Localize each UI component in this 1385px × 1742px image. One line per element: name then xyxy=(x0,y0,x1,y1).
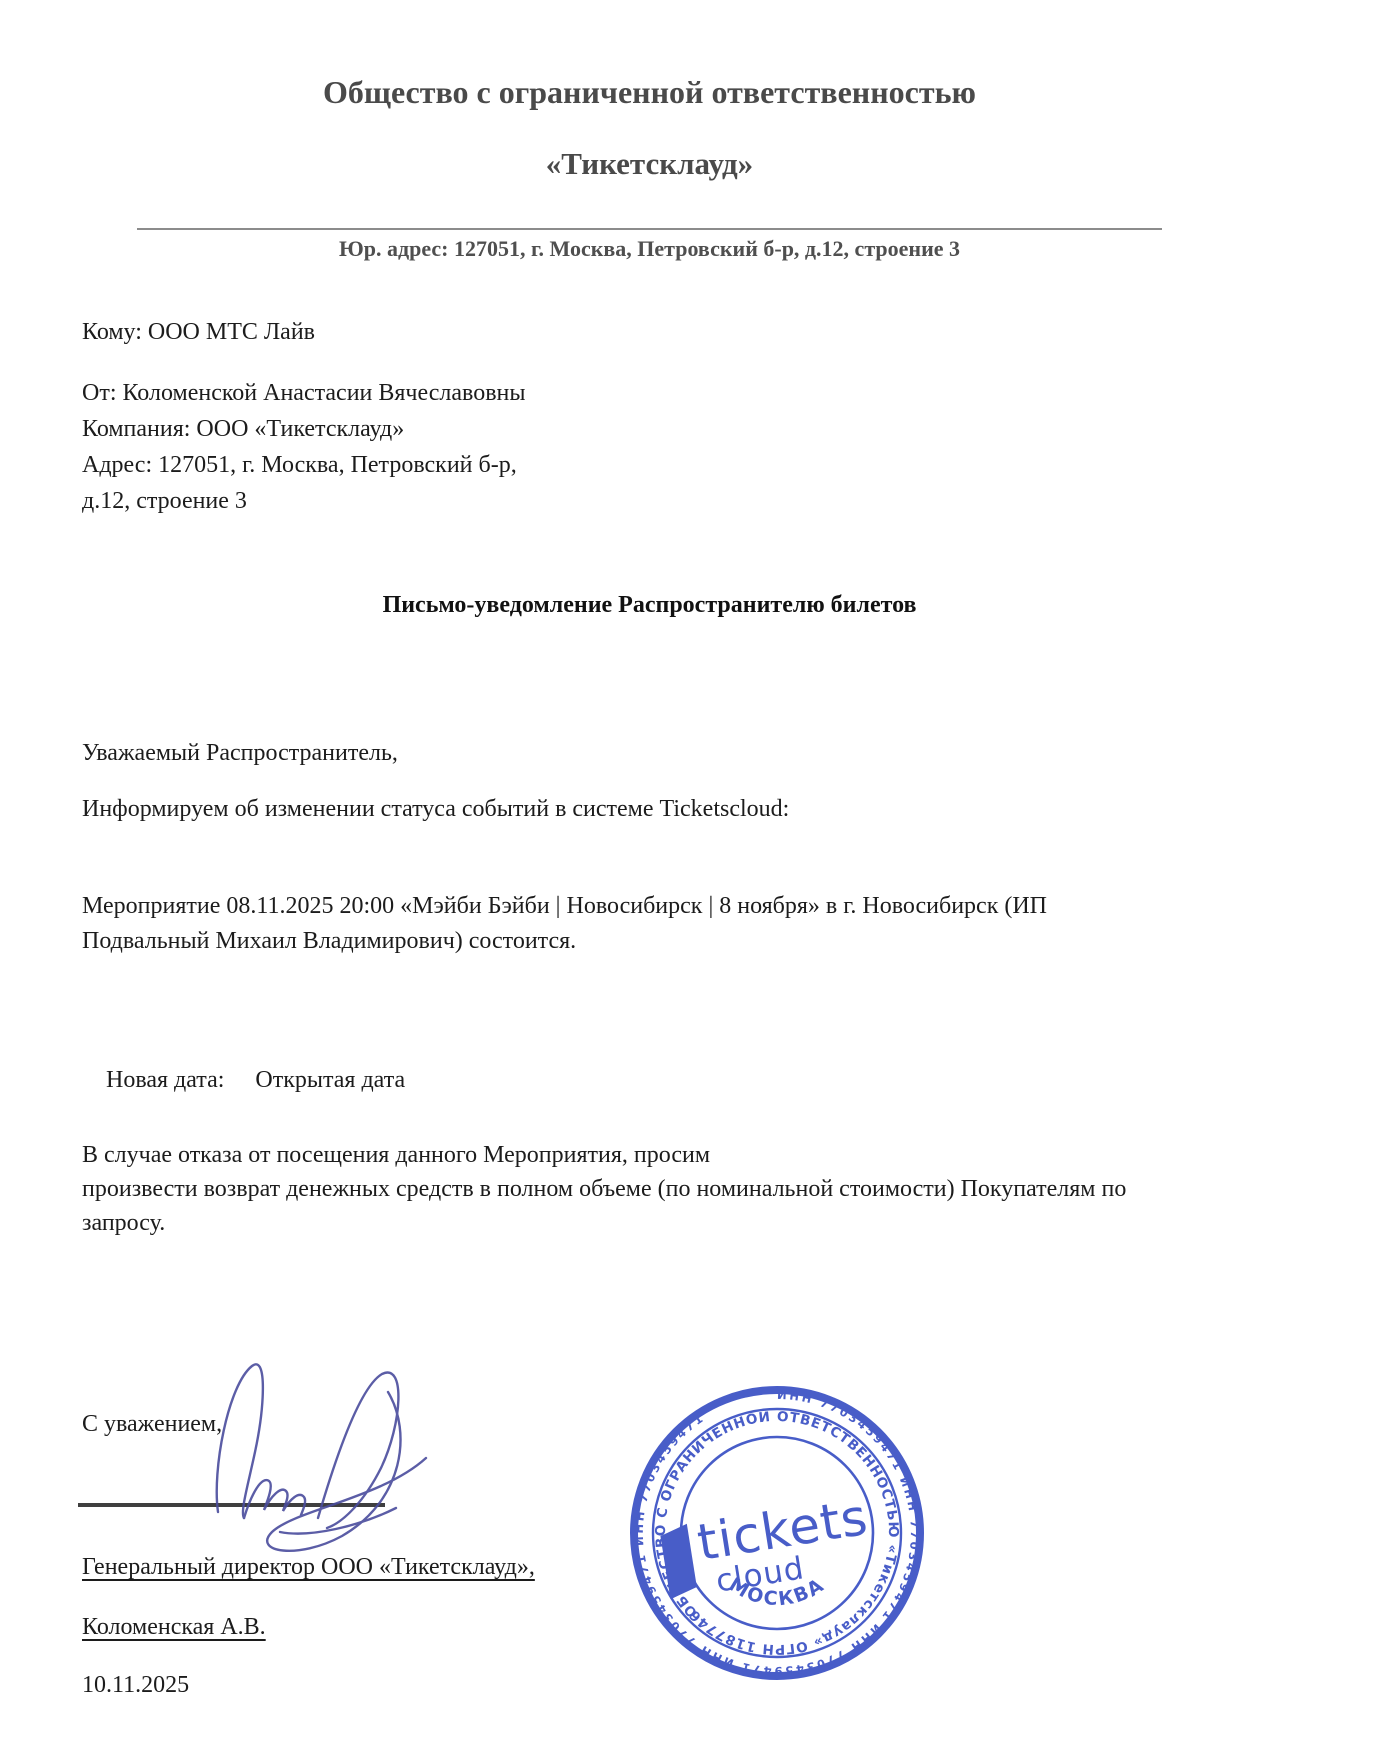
director-title-line: Генеральный директор ООО «Тикетсклауд», xyxy=(82,1550,535,1585)
letterhead-org-type: Общество с ограниченной ответственностью xyxy=(137,75,1162,110)
event-line-1: Мероприятие 08.11.2025 20:00 «Мэйби Бэйб… xyxy=(82,889,1157,924)
recipient-to-line: Кому: ООО МТС Лайв xyxy=(82,315,315,350)
director-name: Коломенская А.В. xyxy=(82,1610,266,1645)
sender-company-line: Компания: ООО «Тикетсклауд» xyxy=(82,412,404,447)
letterhead-divider xyxy=(137,228,1162,230)
intro-line: Информируем об изменении статуса событий… xyxy=(82,792,789,827)
refund-line-1: В случае отказа от посещения данного Мер… xyxy=(82,1138,1157,1172)
new-date-value: Открытая дата xyxy=(255,1067,405,1093)
stamp-logo: tickets cloud xyxy=(658,1488,877,1607)
event-paragraph: Мероприятие 08.11.2025 20:00 «Мэйби Бэйб… xyxy=(82,889,1157,959)
sender-address-line2: д.12, строение 3 xyxy=(82,484,247,519)
signature-stroke-1 xyxy=(217,1364,263,1518)
sender-from-line: От: Коломенской Анастасии Вячеславовны xyxy=(82,376,526,411)
signature-stroke-2 xyxy=(244,1480,305,1518)
salutation: Уважаемый Распространитель, xyxy=(82,736,398,771)
handwritten-signature xyxy=(160,1340,460,1560)
letter-page: Общество с ограниченной ответственностью… xyxy=(0,0,1385,1742)
signature-stroke-5 xyxy=(280,1508,396,1534)
letterhead-org-name: «Тикетсклауд» xyxy=(137,147,1162,181)
event-line-2: Подвальный Михаил Владимирович) состоитс… xyxy=(82,924,1157,959)
new-date-label: Новая дата: xyxy=(106,1063,224,1098)
sender-address-line1: Адрес: 127051, г. Москва, Петровский б-р… xyxy=(82,448,517,483)
letter-date: 10.11.2025 xyxy=(82,1668,189,1703)
letterhead-legal-address: Юр. адрес: 127051, г. Москва, Петровский… xyxy=(137,236,1162,262)
new-date-row: Новая дата:Открытая дата xyxy=(82,1028,405,1133)
document-title: Письмо-уведомление Распространителю биле… xyxy=(137,592,1162,619)
company-stamp: ИНН 7703459471 ИНН 7703459471 ИНН 770345… xyxy=(626,1382,928,1684)
refund-paragraph: В случае отказа от посещения данного Мер… xyxy=(82,1138,1157,1240)
refund-line-2: произвести возврат денежных средств в по… xyxy=(82,1172,1157,1240)
